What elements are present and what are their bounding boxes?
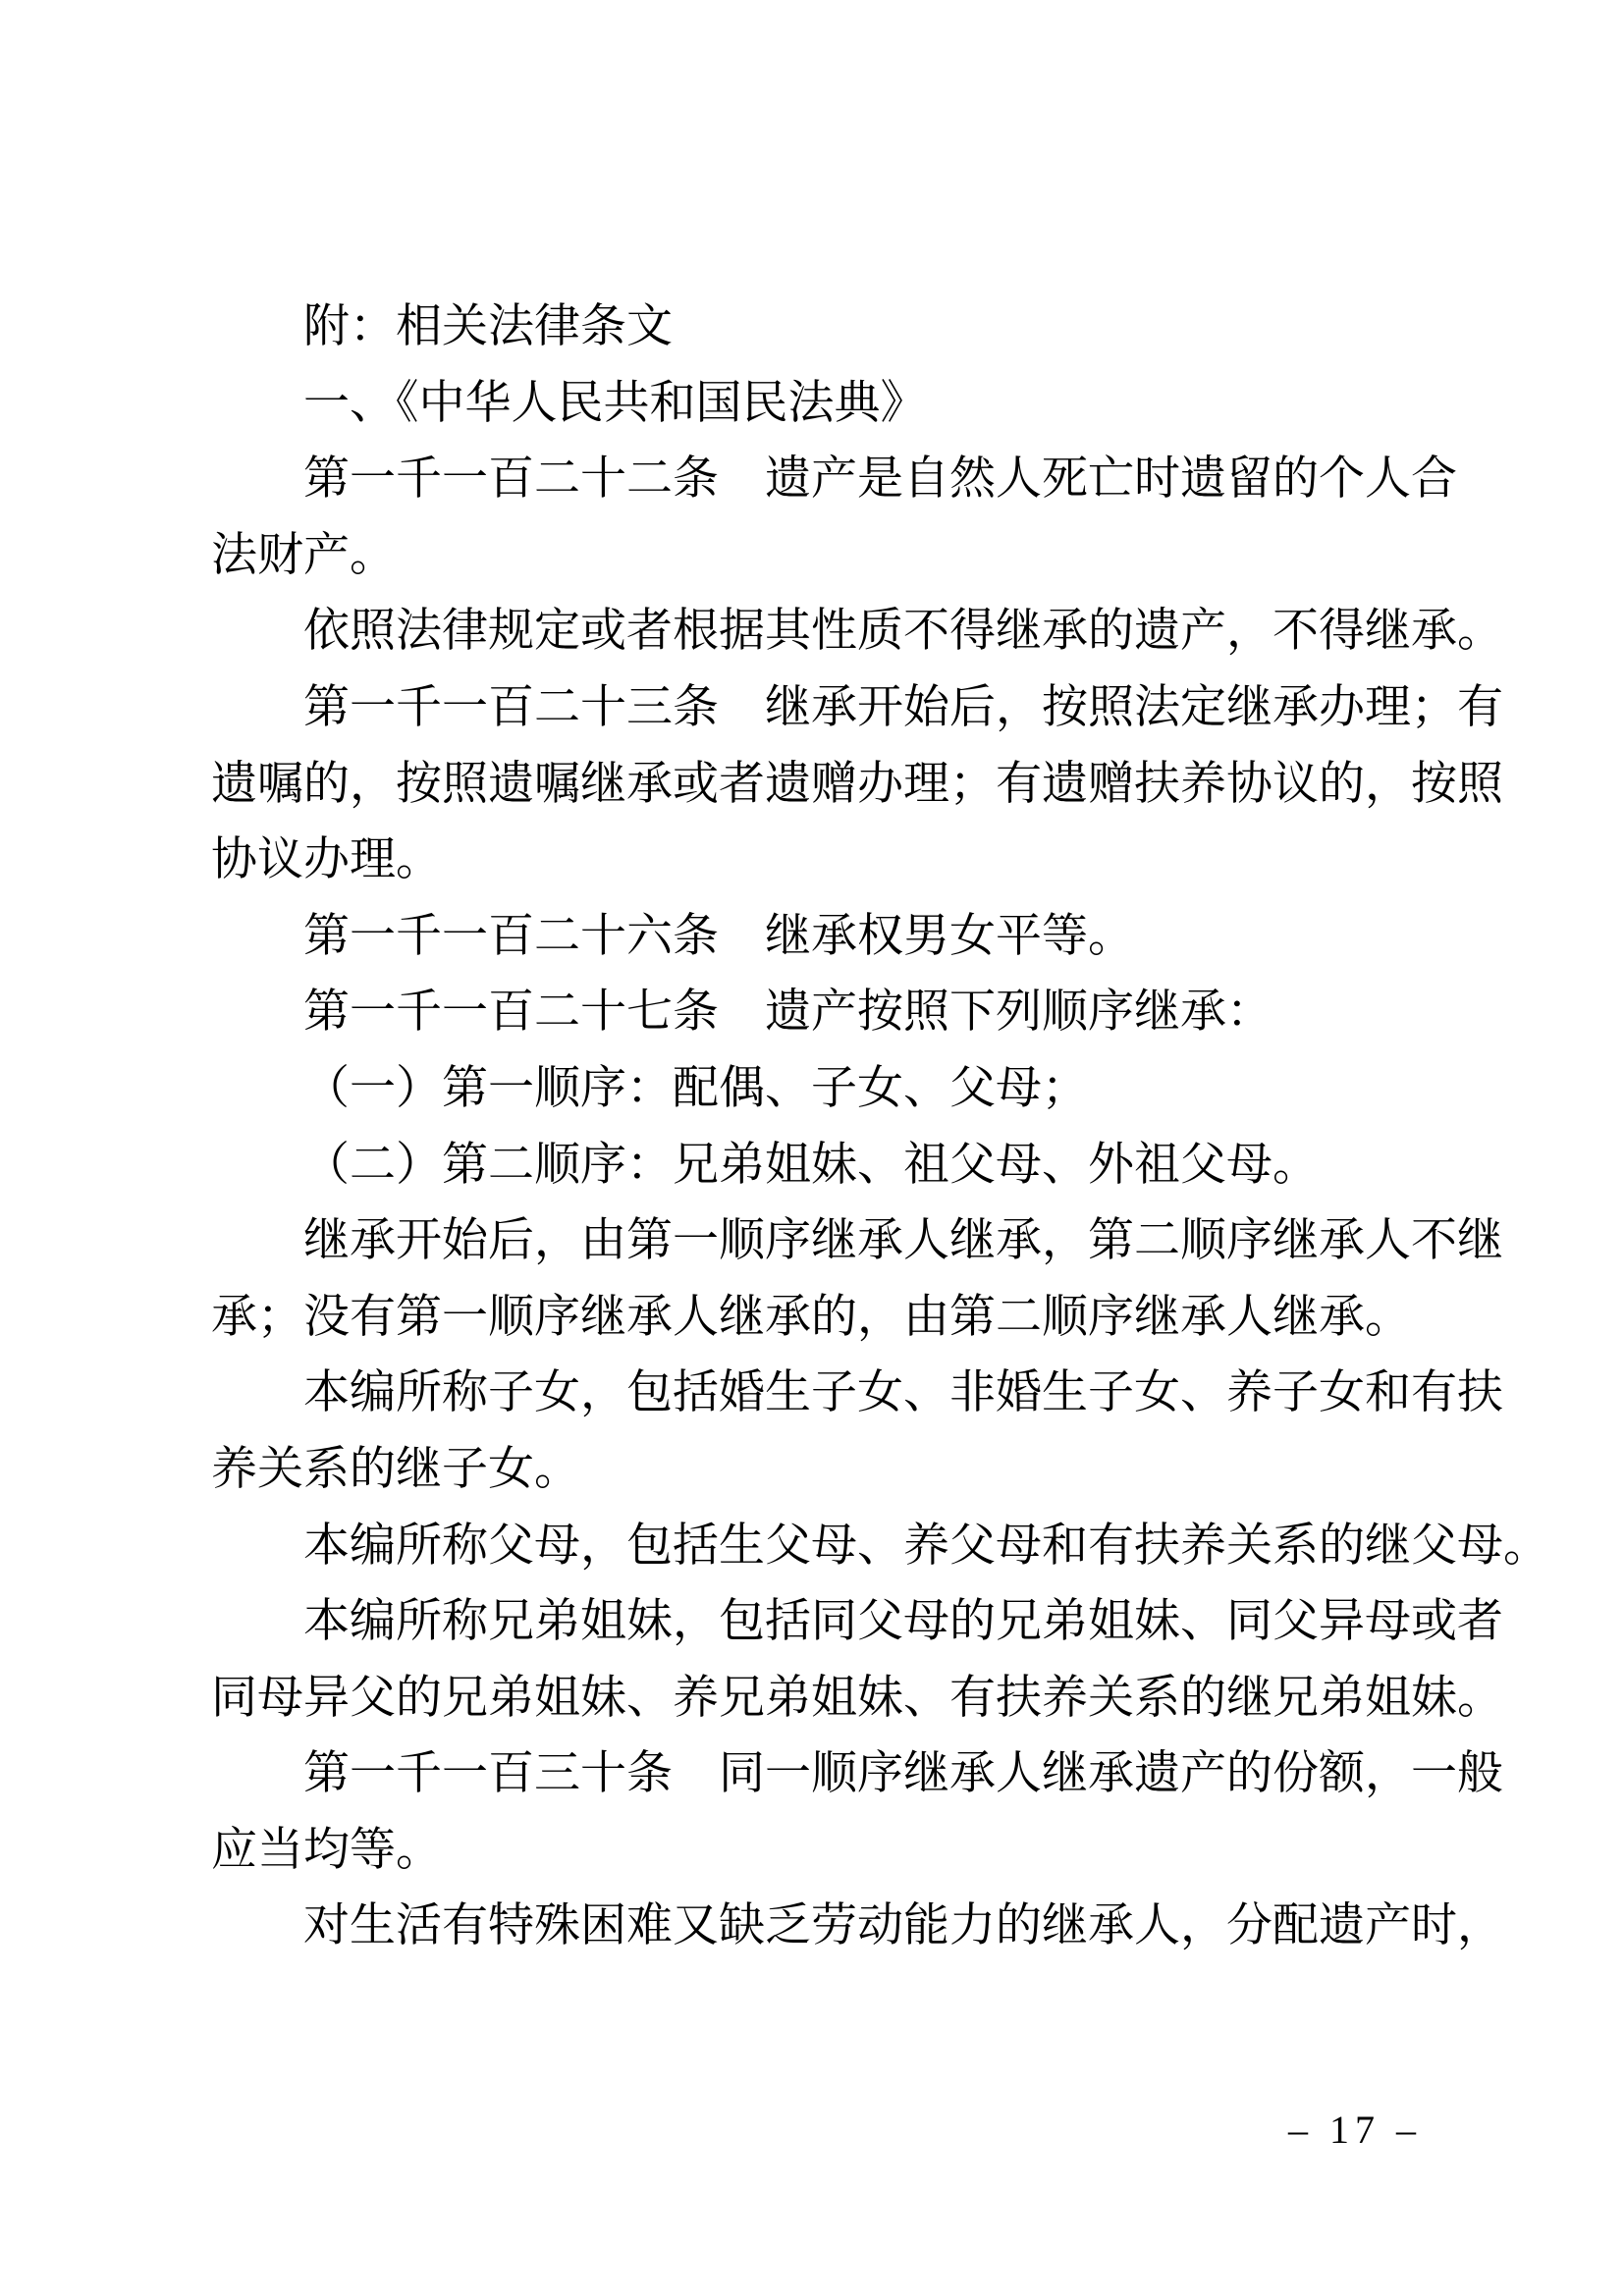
text-line: 第一千一百三十条 同一顺序继承人继承遗产的份额，一般	[211, 1736, 1419, 1813]
text-line: 本编所称子女，包括婚生子女、非婚生子女、养子女和有扶	[211, 1356, 1419, 1432]
document-page: 附：相关法律条文一、《中华人民共和国民法典》第一千一百二十二条 遗产是自然人死亡…	[0, 0, 1624, 2296]
text-line: 承；没有第一顺序继承人继承的，由第二顺序继承人继承。	[211, 1280, 1419, 1357]
text-line: 同母异父的兄弟姐妹、养兄弟姐妹、有扶养关系的继兄弟姐妹。	[211, 1661, 1419, 1737]
text-line: 遗嘱的，按照遗嘱继承或者遗赠办理；有遗赠扶养协议的，按照	[211, 747, 1419, 824]
text-line: 继承开始后，由第一顺序继承人继承，第二顺序继承人不继	[211, 1203, 1419, 1280]
body-text-lines: 附：相关法律条文一、《中华人民共和国民法典》第一千一百二十二条 遗产是自然人死亡…	[211, 290, 1419, 1965]
text-line: 法财产。	[211, 518, 1419, 595]
text-line: 养关系的继子女。	[211, 1432, 1419, 1509]
text-line: 对生活有特殊困难又缺乏劳动能力的继承人，分配遗产时，	[211, 1889, 1419, 1965]
text-line: 第一千一百二十六条 继承权男女平等。	[211, 899, 1419, 976]
text-line: 第一千一百二十二条 遗产是自然人死亡时遗留的个人合	[211, 442, 1419, 518]
text-line: （一）第一顺序：配偶、子女、父母；	[211, 1051, 1419, 1128]
text-line: 本编所称父母，包括生父母、养父母和有扶养关系的继父母。	[211, 1509, 1419, 1585]
text-line: 应当均等。	[211, 1813, 1419, 1890]
text-line: 第一千一百二十三条 继承开始后，按照法定继承办理；有	[211, 670, 1419, 747]
text-line: 一、《中华人民共和国民法典》	[211, 366, 1419, 443]
page-number: – 17 –	[1288, 2109, 1422, 2152]
text-line: 第一千一百二十七条 遗产按照下列顺序继承：	[211, 975, 1419, 1051]
text-line: 依照法律规定或者根据其性质不得继承的遗产，不得继承。	[211, 594, 1419, 670]
text-line: 本编所称兄弟姐妹，包括同父母的兄弟姐妹、同父异母或者	[211, 1584, 1419, 1661]
body-text: 附：相关法律条文一、《中华人民共和国民法典》第一千一百二十二条 遗产是自然人死亡…	[211, 290, 1419, 1965]
text-line: 协议办理。	[211, 823, 1419, 899]
text-line: （二）第二顺序：兄弟姐妹、祖父母、外祖父母。	[211, 1128, 1419, 1204]
text-line: 附：相关法律条文	[211, 290, 1419, 366]
